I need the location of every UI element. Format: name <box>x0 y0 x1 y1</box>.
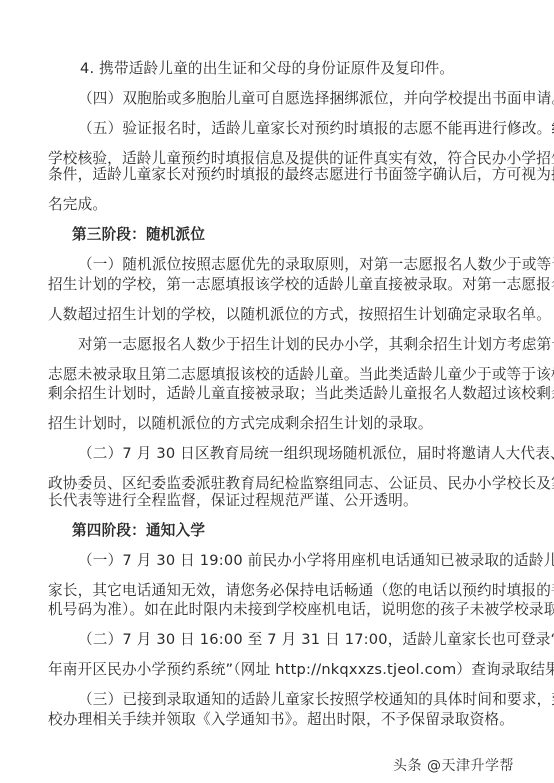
text-line: （五）验证报名时，适龄儿童家长对预约时填报的志愿不能再进行修改。经 <box>78 119 478 139</box>
section-heading: 第三阶段：随机派位 <box>72 225 502 245</box>
text-line: （一）7 月 30 日 19:00 前民办小学将用座机电话通知已被录取的适龄儿童 <box>78 551 478 571</box>
text-line: 校办理相关手续并领取《入学通知书》。超出时限，不予保留录取资格。 <box>48 710 478 730</box>
text-line: （四）双胞胎或多胞胎儿童可自愿选择捆绑派位，并向学校提出书面申请。 <box>78 89 478 109</box>
text-line: 剩余招生计划时，适龄儿童直接被录取；当此类适龄儿童报名人数超过该校剩余 <box>48 384 478 404</box>
text-line: （一）随机派位按照志愿优先的录取原则，对第一志愿报名人数少于或等于 <box>78 255 478 275</box>
text-line: 条件，适龄儿童家长对预约时填报的最终志愿进行书面签字确认后，方可视为报 <box>48 165 478 185</box>
text-line: （二）7 月 30 日区教育局统一组织现场随机派位，届时将邀请人大代表、 <box>78 444 478 464</box>
text-line: 名完成。 <box>48 195 478 215</box>
text-line: 年南开区民办小学预约系统”（网址 http://nkqxxzs.tjeol.co… <box>48 660 478 680</box>
text-line: 机号码为准）。如在此时限内未接到学校座机电话，说明您的孩子未被学校录取。 <box>48 600 478 620</box>
text-line: 人数超过招生计划的学校，以随机派位的方式，按照招生计划确定录取名单。 <box>48 305 478 325</box>
text-line: （二）7 月 30 日 16:00 至 7 月 31 日 17:00，适龄儿童家… <box>78 630 478 650</box>
watermark: 头条 @天津升学帮 <box>393 755 514 775</box>
text-line: 志愿未被录取且第二志愿填报该校的适龄儿童。当此类适龄儿童少于或等于该校 <box>48 365 478 385</box>
text-line: （三）已接到录取通知的适龄儿童家长按照学校通知的具体时间和要求，到 <box>78 690 478 710</box>
text-line: 4. 携带适龄儿童的出生证和父母的身份证原件及复印件。 <box>80 59 510 79</box>
text-line: 招生计划时，以随机派位的方式完成剩余招生计划的录取。 <box>48 414 478 434</box>
document-page: 4. 携带适龄儿童的出生证和父母的身份证原件及复印件。（四）双胞胎或多胞胎儿童可… <box>0 0 554 783</box>
text-line: 家长，其它电话通知无效，请您务必保持电话畅通（您的电话以预约时填报的手 <box>48 581 478 601</box>
text-line: 长代表等进行全程监督，保证过程规范严谨、公开透明。 <box>48 491 478 511</box>
text-line: 对第一志愿报名人数少于招生计划的民办小学，其剩余招生计划方考虑第一 <box>78 335 478 355</box>
text-line: 招生计划的学校，第一志愿填报该学校的适龄儿童直接被录取。对第一志愿报名 <box>48 275 478 295</box>
section-heading: 第四阶段：通知入学 <box>72 521 502 541</box>
